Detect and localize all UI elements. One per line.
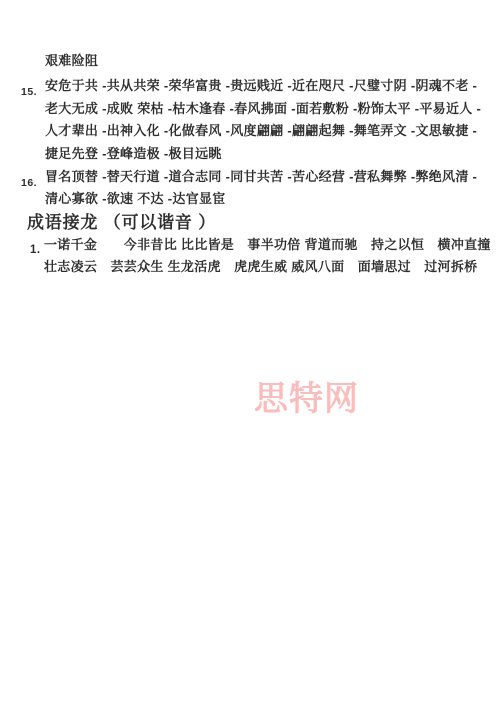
list-number-15: 15. (21, 86, 37, 98)
section-heading-idiom-chain: 成语接龙 （可以谐音 ） (27, 208, 216, 233)
list-number-1: 1. (30, 244, 41, 256)
idiom-line: 壮志凌云 芸芸众生 生龙活虎 虎虎生威 威风八面 面墙思过 过河拆桥 (44, 256, 491, 279)
idiom-carryover-line: 艰难险阻 (45, 50, 98, 73)
watermark-sitewang: 思特网 (254, 371, 359, 420)
idiom-line: 安危于共 -共从共荣 -荣华富贵 -贵远贱近 -近在咫尺 -尺璧寸阴 -阴魂不老… (45, 75, 481, 98)
idiom-line: 老大无成 -成败 荣枯 -枯木逢春 -春风拂面 -面若敷粉 -粉饰太平 -平易近… (45, 98, 481, 121)
idiom-line: 捷足先登 -登峰造极 -极目远眺 (45, 143, 481, 166)
idiom-line: 冒名顶替 -替天行道 -道合志同 -同甘共苦 -苦心经营 -营私舞弊 -弊绝风清… (45, 166, 477, 189)
idiom-line: 一诺千金 今非昔比 比比皆是 事半功倍 背道而驰 持之以恒 横冲直撞 (44, 234, 491, 257)
idiom-item-15: 安危于共 -共从共荣 -荣华富贵 -贵远贱近 -近在咫尺 -尺璧寸阴 -阴魂不老… (45, 75, 481, 165)
document-page: 艰难险阻 15. 安危于共 -共从共荣 -荣华富贵 -贵远贱近 -近在咫尺 -尺… (0, 0, 500, 707)
idiom-line: 人才辈出 -出神入化 -化做春风 -风度翩翩 -翩翩起舞 -舞笔弄文 -文思敏捷… (45, 120, 481, 143)
idiom-chain-item-1: 一诺千金 今非昔比 比比皆是 事半功倍 背道而驰 持之以恒 横冲直撞 壮志凌云 … (44, 234, 491, 279)
idiom-item-16: 冒名顶替 -替天行道 -道合志同 -同甘共苦 -苦心经营 -营私舞弊 -弊绝风清… (45, 166, 477, 211)
list-number-16: 16. (21, 177, 37, 189)
